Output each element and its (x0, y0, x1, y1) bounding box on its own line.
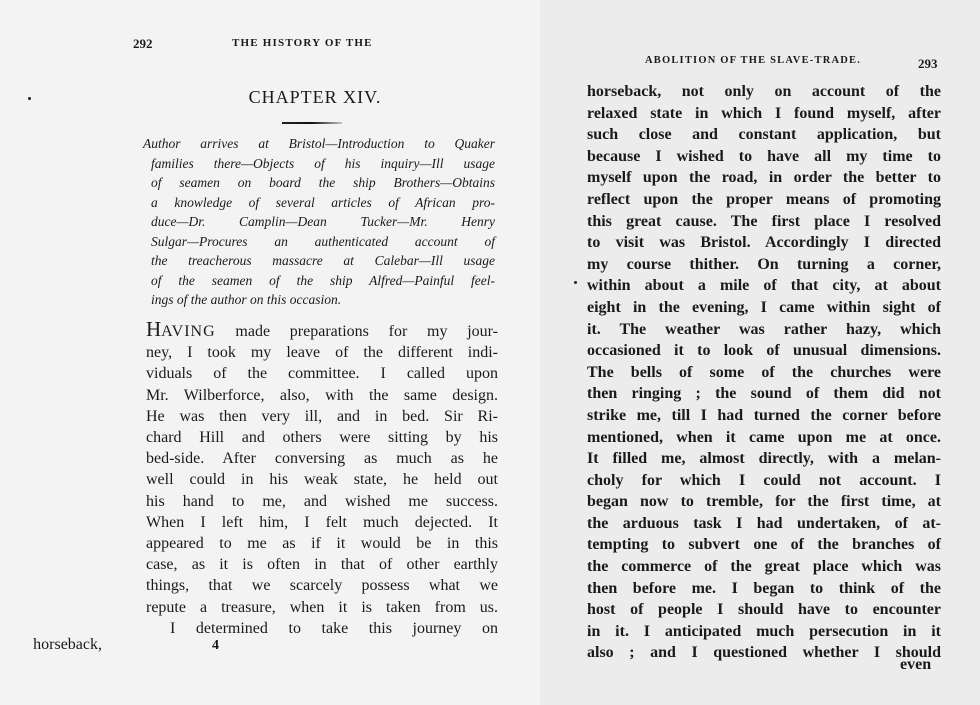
body-line: also ; and I questioned whether I should (587, 642, 941, 664)
chapter-rule-divider (282, 122, 342, 124)
summary-line: the treacherous massacre at Calebar—Ill … (151, 251, 495, 271)
body-line: When I left him, I felt much dejected. I… (146, 512, 498, 533)
body-line: it. The weather was rather hazy, which (587, 319, 941, 341)
body-line: case, as it is often in that of other ea… (146, 554, 498, 575)
body-line: well could in his weak state, he held ou… (146, 469, 498, 490)
body-line: chard Hill and others were sitting by hi… (146, 427, 498, 448)
page-number-left: 292 (133, 36, 153, 52)
scan-speck (28, 97, 31, 100)
running-head-right: ABOLITION OF THE SLAVE-TRADE. (645, 55, 861, 66)
body-line: myself upon the road, in order the bette… (587, 167, 941, 189)
body-line: eight in the evening, I came within sigh… (587, 297, 941, 319)
body-line: repute a treasure, when it is taken from… (146, 597, 498, 618)
catchword-left: horseback, (33, 636, 102, 654)
summary-line: Author arrives at Bristol—Introduction t… (143, 134, 495, 154)
scan-speck (574, 281, 577, 284)
chapter-summary: Author arrives at Bristol—Introduction t… (143, 134, 495, 310)
body-line: this great cause. The first place I reso… (587, 211, 941, 233)
summary-line: families there—Objects of his inquiry—Il… (151, 154, 495, 174)
summary-line: ings of the author on this occasion. (151, 290, 495, 310)
body-line: my course thither. On turning a corner, (587, 254, 941, 276)
body-line: choly for which I could not account. I (587, 470, 941, 492)
body-line: It filled me, almost directly, with a me… (587, 448, 941, 470)
opening-word: AVING (161, 323, 215, 340)
body-line: mentioned, when it came upon me at once. (587, 427, 941, 449)
body-line: He was then very ill, and in bed. Sir Ri… (146, 406, 498, 427)
page-number-right: 293 (918, 56, 938, 72)
summary-line: of seamen on board the ship Brothers—Obt… (151, 173, 495, 193)
body-line: viduals of the committee. I called upon (146, 363, 498, 384)
body-line: the arduous task I had undertaken, of at… (587, 513, 941, 535)
body-line: The bells of some of the churches were (587, 362, 941, 384)
catchword-right: even (900, 656, 931, 674)
summary-line: duce—Dr. Camplin—Dean Tucker—Mr. Henry (151, 212, 495, 232)
body-line: because I wished to have all my time to (587, 146, 941, 168)
body-line: then ringing ; the sound of them did not (587, 383, 941, 405)
body-line: to visit was Bristol. Accordingly I dire… (587, 232, 941, 254)
chapter-title: CHAPTER XIV. (0, 87, 630, 108)
body-line: I determined to take this journey on (146, 618, 498, 639)
right-body-text: horseback, not only on account of the re… (587, 81, 941, 664)
summary-line: of the seamen of the ship Alfred—Painful… (151, 271, 495, 291)
body-line: then before me. I began to think of the (587, 578, 941, 600)
body-line: host of people I should have to encounte… (587, 599, 941, 621)
left-body-text: HAVING made preparations for my jour- ne… (146, 319, 498, 639)
body-line: his hand to me, and wished me success. (146, 491, 498, 512)
body-line: relaxed state in which I found myself, a… (587, 103, 941, 125)
running-head-left: THE HISTORY OF THE (232, 37, 373, 49)
body-line: things, that we scarcely possess what we (146, 575, 498, 596)
body-line: the commerce of the great place which wa… (587, 556, 941, 578)
body-line: occasioned it to look of unusual dimensi… (587, 340, 941, 362)
body-line: HAVING made preparations for my jour- (146, 319, 498, 342)
body-line: bed-side. After conversing as much as he (146, 448, 498, 469)
body-line: Mr. Wilberforce, also, with the same des… (146, 385, 498, 406)
body-line: began now to tremble, for the first time… (587, 491, 941, 513)
body-line: reflect upon the proper means of promoti… (587, 189, 941, 211)
body-line: ney, I took my leave of the different in… (146, 342, 498, 363)
body-line: appeared to me as if it would be in this (146, 533, 498, 554)
body-line: within about a mile of that city, at abo… (587, 275, 941, 297)
body-line: tempting to subvert one of the branches … (587, 534, 941, 556)
left-page: 292 THE HISTORY OF THE CHAPTER XIV. Auth… (0, 0, 540, 705)
body-line: strike me, till I had turned the corner … (587, 405, 941, 427)
body-line: such close and constant application, but (587, 124, 941, 146)
opening-capital: H (146, 317, 161, 341)
body-line: horseback, not only on account of the (587, 81, 941, 103)
body-line: in it. I anticipated much persecution in… (587, 621, 941, 643)
book-spread: 292 THE HISTORY OF THE CHAPTER XIV. Auth… (0, 0, 980, 705)
summary-line: Sulgar—Procures an authenticated account… (151, 232, 495, 252)
signature-mark: 4 (212, 638, 219, 654)
summary-line: a knowledge of several articles of Afric… (151, 193, 495, 213)
